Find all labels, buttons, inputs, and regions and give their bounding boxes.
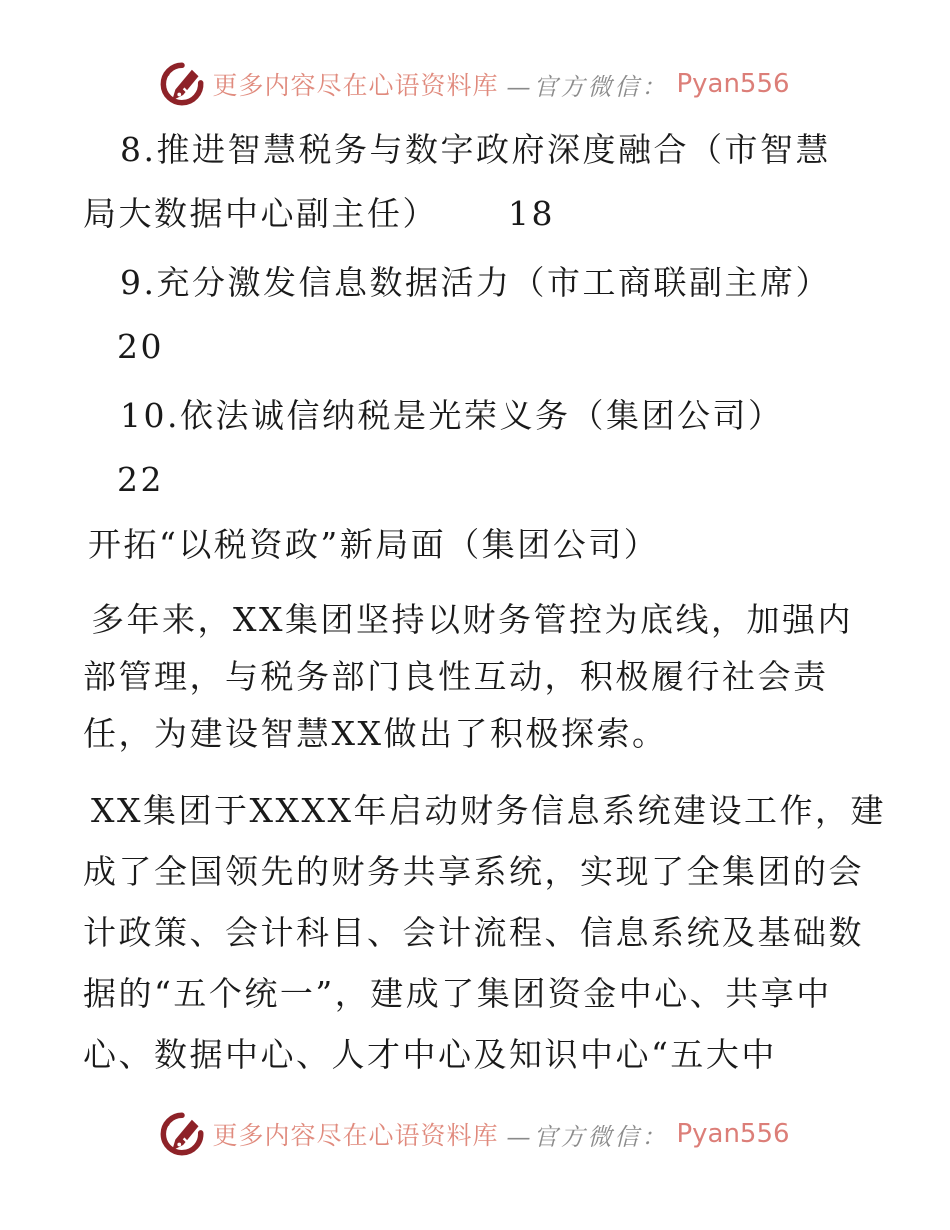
- watermark-wechat-label: —官方微信：: [506, 67, 668, 102]
- document-content: 8.推进智慧税务与数字政府深度融合（市智慧 局大数据中心副主任）18 9.充分激…: [83, 118, 869, 1085]
- watermark-wechat-id: Pyan556: [676, 69, 789, 99]
- pen-swirl-icon: [160, 1112, 204, 1156]
- toc-entry-9-title-line: 9.充分激发信息数据活力（市工商联副主席）: [83, 251, 869, 315]
- article-paragraph-1: 多年来，XX集团坚持以财务管控为底线，加强内 部管理，与税务部门良性互动，积极履…: [83, 591, 869, 762]
- paragraph-line: 多年来，XX集团坚持以财务管控为底线，加强内: [83, 591, 869, 648]
- toc-entry-8-page-number: 18: [508, 182, 555, 246]
- paragraph-line: 任，为建设智慧XX做出了积极探索。: [83, 705, 869, 762]
- paragraph-line: 心、数据中心、人才中心及知识中心“五大中: [83, 1024, 869, 1085]
- article-heading: 开拓“以税资政”新局面（集团公司）: [83, 517, 869, 573]
- paragraph-line: 部管理，与税务部门良性互动，积极履行社会责: [83, 648, 869, 705]
- toc-entry-9-page-number: 20: [83, 315, 869, 379]
- document-page: 更多内容尽在心语资料库—官方微信：Pyan556 8.推进智慧税务与数字政府深度…: [0, 0, 950, 1230]
- watermark-brand-text: 更多内容尽在心语资料库: [212, 66, 498, 102]
- toc-entry-8-title-line: 8.推进智慧税务与数字政府深度融合（市智慧: [83, 118, 869, 182]
- pen-swirl-icon: [160, 62, 204, 106]
- toc-entry-8-wrap-line: 局大数据中心副主任）18: [83, 182, 869, 246]
- watermark-brand-text: 更多内容尽在心语资料库: [212, 1116, 498, 1152]
- paragraph-line: 据的“五个统一”，建成了集团资金中心、共享中: [83, 963, 869, 1024]
- header-watermark: 更多内容尽在心语资料库—官方微信：Pyan556: [0, 62, 950, 106]
- toc-entry-8: 8.推进智慧税务与数字政府深度融合（市智慧 局大数据中心副主任）18: [83, 118, 869, 246]
- paragraph-line: 成了全国领先的财务共享系统，实现了全集团的会: [83, 841, 869, 902]
- footer-watermark: 更多内容尽在心语资料库—官方微信：Pyan556: [0, 1112, 950, 1156]
- paragraph-line: 计政策、会计科目、会计流程、信息系统及基础数: [83, 902, 869, 963]
- toc-entry-10: 10.依法诚信纳税是光荣义务（集团公司） 22: [83, 384, 869, 512]
- toc-entry-10-title-line: 10.依法诚信纳税是光荣义务（集团公司）: [83, 384, 869, 448]
- toc-entry-10-page-number: 22: [83, 448, 869, 512]
- paragraph-line: XX集团于XXXX年启动财务信息系统建设工作，建: [83, 780, 869, 841]
- watermark-wechat-id: Pyan556: [676, 1119, 789, 1149]
- watermark-wechat-label: —官方微信：: [506, 1117, 668, 1152]
- article-paragraph-2: XX集团于XXXX年启动财务信息系统建设工作，建 成了全国领先的财务共享系统，实…: [83, 780, 869, 1085]
- toc-entry-9: 9.充分激发信息数据活力（市工商联副主席） 20: [83, 251, 869, 379]
- toc-entry-8-title-continued: 局大数据中心副主任）: [83, 194, 438, 233]
